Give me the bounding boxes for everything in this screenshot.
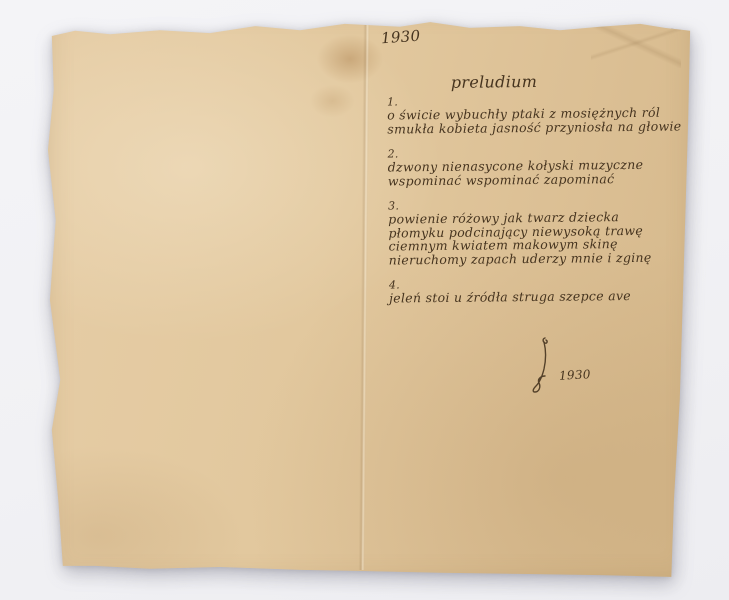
- stanza-2: 2. dzwony nienasycone kołyski muzyczne w…: [388, 145, 683, 187]
- stanza-4: 4. jeleń stoi u źródła struga szepce ave: [389, 276, 683, 305]
- photo-background: 13 1930 preludium 1. o świcie wybuchły p…: [0, 0, 729, 600]
- poem-line: nieruchomy zapach uderzy mnie i zginę: [389, 250, 683, 267]
- signature-monogram-icon: [529, 336, 557, 394]
- poem-line: wspominać wspominać zapominać: [388, 171, 682, 188]
- stanza-3: 3. powienie różowy jak twarz dziecka pło…: [388, 197, 683, 266]
- manuscript-sheet: 13 1930 preludium 1. o świcie wybuchły p…: [0, 0, 729, 600]
- paper-surface: 13 1930 preludium 1. o świcie wybuchły p…: [46, 6, 694, 582]
- archival-mark: 13: [670, 22, 683, 32]
- signature: 1930: [529, 336, 591, 394]
- poem-line: smukła kobieta jasność przyniosła na gło…: [387, 119, 681, 136]
- poem-line: jeleń stoi u źródła struga szepce ave: [389, 288, 683, 305]
- poem: preludium 1. o świcie wybuchły ptaki z m…: [387, 70, 684, 318]
- signature-year: 1930: [559, 367, 591, 383]
- date-annotation: 1930: [380, 27, 421, 48]
- poem-title: preludium: [451, 70, 681, 91]
- stanza-1: 1. o świcie wybuchły ptaki z mosiężnych …: [387, 93, 682, 135]
